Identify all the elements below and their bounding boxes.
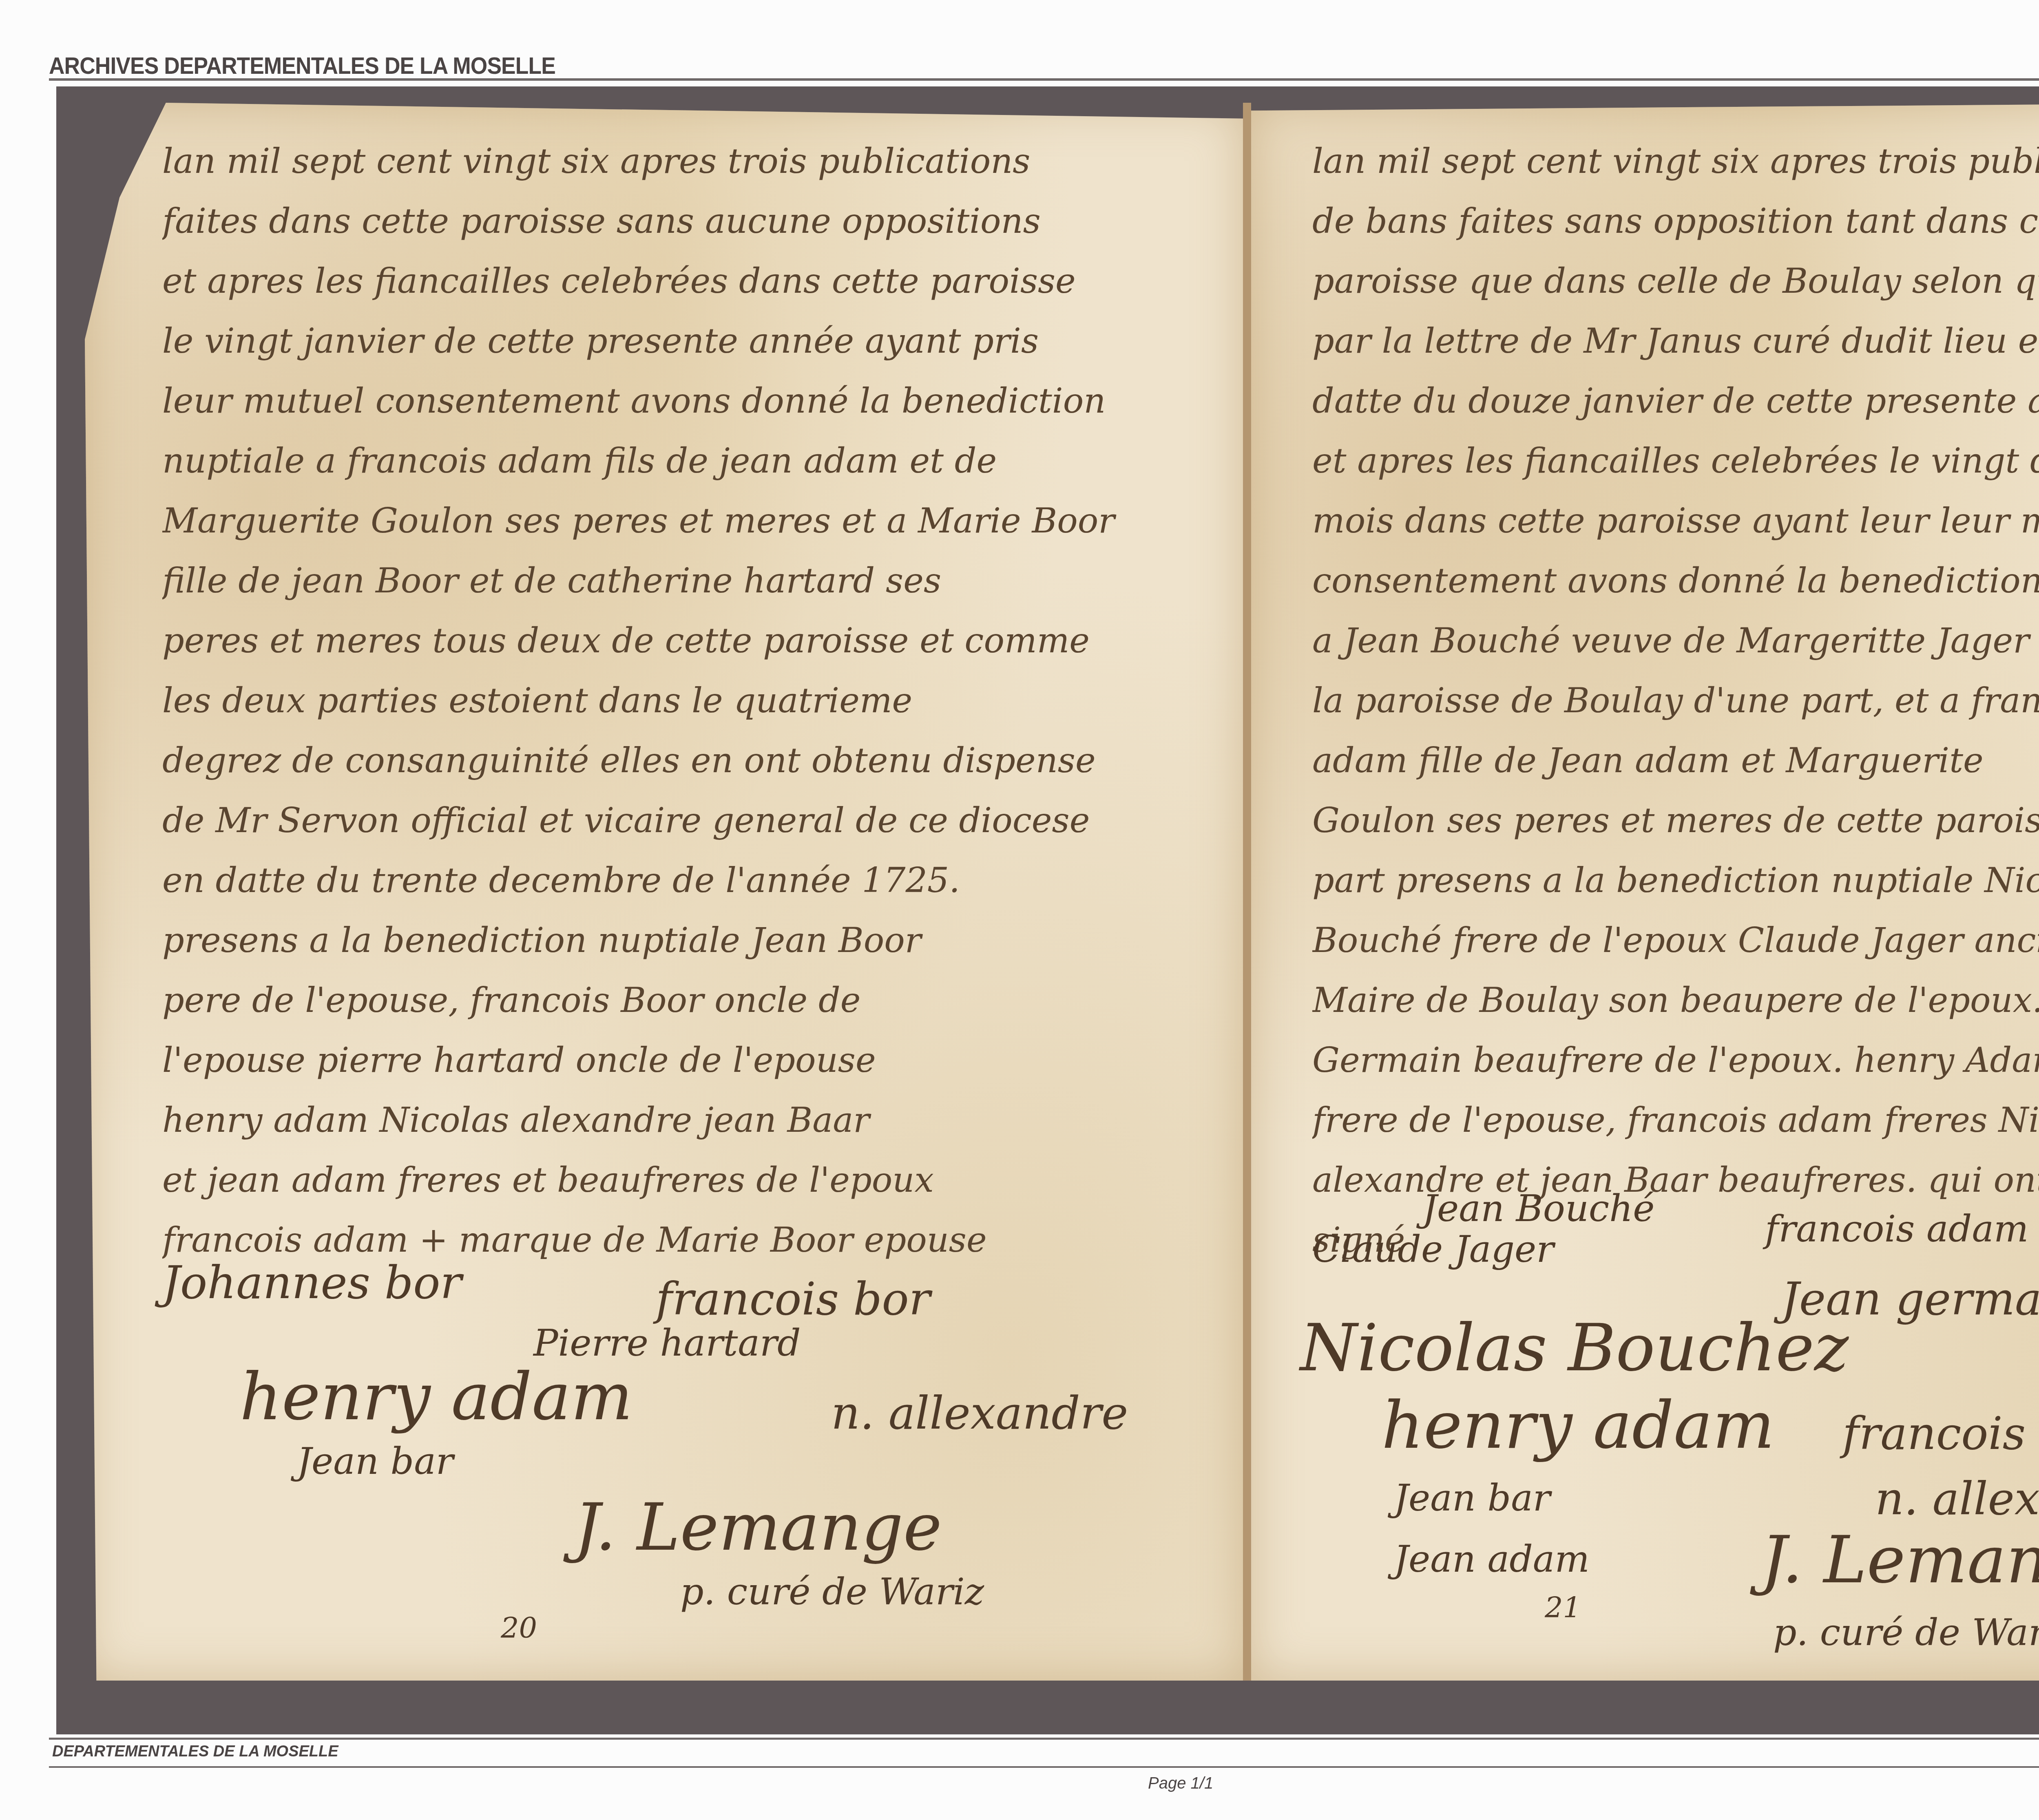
signature: Jean bar (1394, 1477, 1550, 1520)
page-counter: Page 1/1 (1148, 1774, 1213, 1793)
archive-title-text: ARCHIVES DEPARTEMENTALES DE LA MOSELLE (49, 53, 555, 79)
signature: francois adam (1765, 1208, 2028, 1250)
signature: J. Lemange (574, 1489, 942, 1565)
left-page: lan mil sept cent vingt six apres trois … (85, 103, 1243, 1681)
signature: francois adam (1842, 1407, 2039, 1460)
archive-title: ARCHIVES DEPARTEMENTALES DE LA MOSELLE (49, 52, 555, 80)
footer-rule-2 (49, 1766, 2039, 1768)
left-page-signatures: Johannes bor francois bor Pierre hartard… (85, 103, 1243, 1681)
signature: Nicolas Bouchez (1300, 1310, 1849, 1386)
footer-rule (49, 1738, 2039, 1740)
signature: n. allexandre (1875, 1473, 2039, 1525)
signature: Jean adam (1394, 1538, 1590, 1581)
signature: Jean bar (297, 1440, 453, 1483)
right-page: onze lan mil sept cent vingt six apres t… (1251, 103, 2039, 1681)
footer-archive-name: DEPARTEMENTALES DE LA MOSELLE (52, 1743, 338, 1760)
scanned-register-image: lan mil sept cent vingt six apres trois … (56, 86, 2039, 1734)
folio-number: 20 (501, 1611, 537, 1645)
signature: francois bor (656, 1273, 930, 1325)
signature: p. curé de Wariz (680, 1570, 984, 1613)
folio-number: 21 (1545, 1591, 1581, 1624)
page-gutter (1243, 103, 1251, 1681)
signature: Johannes bor (162, 1257, 462, 1309)
signature: henry adam (1382, 1387, 1774, 1463)
right-page-signatures: Jean Bouché Claude Jager francois adam J… (1251, 103, 2039, 1681)
signature: Claude Jager (1312, 1228, 1554, 1271)
signature: n. allexandre (831, 1387, 1128, 1439)
header-rule (49, 78, 2039, 81)
signature: J. Lemange (1761, 1522, 2039, 1598)
signature: p. curé de Wariz (1773, 1611, 2039, 1654)
signature: Jean Bouché (1422, 1187, 1655, 1230)
signature: henry adam (240, 1358, 632, 1435)
